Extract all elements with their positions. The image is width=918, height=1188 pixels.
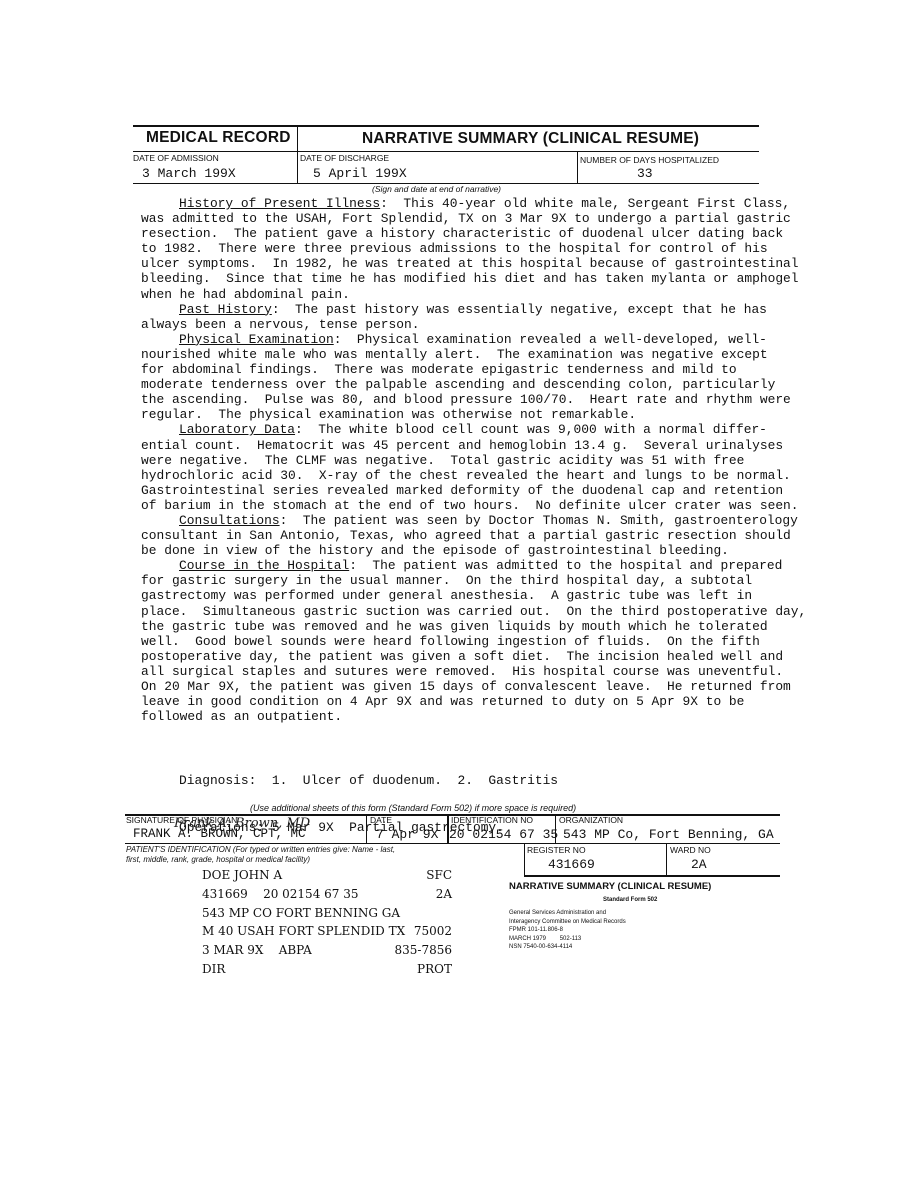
agency-line-1: General Services Administration and bbox=[509, 909, 711, 918]
narrative-text: Gastrointestinal series revealed marked … bbox=[141, 483, 783, 498]
narrative-text: : The past history was essentially negat… bbox=[272, 302, 767, 317]
narrative-line: be done in view of the history and the e… bbox=[141, 543, 801, 558]
narrative-text: resection. The patient gave a history ch… bbox=[141, 226, 783, 241]
patient-id-right: 835-7856 bbox=[395, 941, 453, 960]
narrative-text: : Physical examination revealed a well-d… bbox=[334, 332, 767, 347]
form-title: NARRATIVE SUMMARY (CLINICAL RESUME) bbox=[362, 130, 699, 148]
patient-id-left: M 40 USAH FORT SPLENDID TX bbox=[202, 922, 405, 941]
section-heading: Physical Examination bbox=[179, 332, 334, 347]
narrative-text: ential count. Hematocrit was 45 percent … bbox=[141, 438, 783, 453]
form-id-title: NARRATIVE SUMMARY (CLINICAL RESUME) bbox=[509, 881, 711, 892]
header-divider bbox=[297, 126, 298, 184]
patient-id-right: 2A bbox=[436, 885, 452, 904]
patient-id-left: 3 MAR 9X ABPA bbox=[202, 941, 312, 960]
narrative-line: regular. The physical examination was ot… bbox=[141, 407, 801, 422]
patient-id-row: M 40 USAH FORT SPLENDID TX75002 bbox=[202, 922, 452, 941]
narrative-line: gastrectomy was performed under general … bbox=[141, 588, 801, 603]
narrative-line: was admitted to the USAH, Fort Splendid,… bbox=[141, 211, 801, 226]
narrative-line: for abdominal findings. There was modera… bbox=[141, 362, 801, 377]
register-number: 431669 bbox=[548, 857, 595, 872]
narrative-text: hydrochloric acid 30. X-ray of the chest… bbox=[141, 468, 791, 483]
section-heading: Laboratory Data bbox=[179, 422, 295, 437]
narrative-text: be done in view of the history and the e… bbox=[141, 543, 729, 558]
agency-line-2: Interagency Committee on Medical Records bbox=[509, 918, 711, 927]
narrative-text: was admitted to the USAH, Fort Splendid,… bbox=[141, 211, 791, 226]
narrative-text: gastrectomy was performed under general … bbox=[141, 588, 752, 603]
revision-line: MARCH 1979 502-113 bbox=[509, 935, 711, 944]
narrative-text: always been a nervous, tense person. bbox=[141, 317, 419, 332]
patient-id-left: DOE JOHN A bbox=[202, 866, 282, 885]
additional-sheets-note: (Use additional sheets of this form (Sta… bbox=[250, 803, 576, 813]
narrative-text: to 1982. There were three previous admis… bbox=[141, 241, 768, 256]
admission-date: 3 March 199X bbox=[142, 166, 236, 181]
patient-id-left: 543 MP CO FORT BENNING GA bbox=[202, 904, 400, 923]
narrative-line: all surgical staples and sutures were re… bbox=[141, 664, 801, 679]
narrative-line: were negative. The CLMF was negative. To… bbox=[141, 453, 801, 468]
identification-label: IDENTIFICATION NO bbox=[451, 815, 533, 825]
days-hospitalized-value: 33 bbox=[637, 166, 653, 181]
revision-date: MARCH 1979 bbox=[509, 936, 546, 942]
patient-id-label-1: PATIENT'S IDENTIFICATION (For typed or w… bbox=[126, 845, 395, 854]
narrative-text: all surgical staples and sutures were re… bbox=[141, 664, 783, 679]
narrative-text: well. Good bowel sounds were heard follo… bbox=[141, 634, 760, 649]
section-start-line: History of Present Illness: This 40-year… bbox=[141, 196, 801, 211]
narrative-line: resection. The patient gave a history ch… bbox=[141, 226, 801, 241]
section-start-line: Past History: The past history was essen… bbox=[141, 302, 801, 317]
narrative-text: for abdominal findings. There was modera… bbox=[141, 362, 737, 377]
narrative-line: for gastric surgery in the usual manner.… bbox=[141, 573, 801, 588]
header-top-rule bbox=[133, 125, 759, 127]
narrative-text: for gastric surgery in the usual manner.… bbox=[141, 573, 752, 588]
register-label: REGISTER NO bbox=[527, 845, 586, 855]
narrative-body: History of Present Illness: This 40-year… bbox=[141, 196, 801, 724]
discharge-date: 5 April 199X bbox=[313, 166, 407, 181]
narrative-line: postoperative day, the patient was given… bbox=[141, 649, 801, 664]
section-start-line: Consultations: The patient was seen by D… bbox=[141, 513, 801, 528]
narrative-text: followed as an outpatient. bbox=[141, 709, 342, 724]
section-heading: Course in the Hospital bbox=[179, 558, 349, 573]
patient-id-right: SFC bbox=[426, 866, 452, 885]
narrative-text: On 20 Mar 9X, the patient was given 15 d… bbox=[141, 679, 791, 694]
diagnosis-line: Diagnosis: 1. Ulcer of duodenum. 2. Gast… bbox=[179, 773, 558, 789]
form-identification: NARRATIVE SUMMARY (CLINICAL RESUME) Stan… bbox=[509, 881, 711, 952]
discharge-label: DATE OF DISCHARGE bbox=[300, 153, 389, 163]
patient-id-right: 75002 bbox=[414, 922, 452, 941]
section-heading: Consultations bbox=[179, 513, 280, 528]
narrative-line: place. Simultaneous gastric suction was … bbox=[141, 604, 801, 619]
patient-id-row: 543 MP CO FORT BENNING GA bbox=[202, 904, 452, 923]
narrative-line: the gastric tube was removed and he was … bbox=[141, 619, 801, 634]
narrative-text: : The white blood cell count was 9,000 w… bbox=[295, 422, 767, 437]
narrative-line: moderate tenderness over the palpable as… bbox=[141, 377, 801, 392]
narrative-line: well. Good bowel sounds were heard follo… bbox=[141, 634, 801, 649]
patient-id-row: 431669 20 02154 67 352A bbox=[202, 885, 452, 904]
org-divider bbox=[555, 815, 556, 843]
ward-label: WARD NO bbox=[670, 845, 711, 855]
narrative-line: of barium in the stomach at the end of t… bbox=[141, 498, 801, 513]
narrative-text: moderate tenderness over the palpable as… bbox=[141, 377, 775, 392]
narrative-text: ulcer symptoms. In 1982, he was treated … bbox=[141, 256, 799, 271]
patient-identification: DOE JOHN ASFC431669 20 02154 67 352A543 … bbox=[202, 866, 452, 979]
signature-date: 7 Apr 9X bbox=[376, 827, 438, 842]
narrative-text: regular. The physical examination was ot… bbox=[141, 407, 636, 422]
narrative-text: nourished white male who was mentally al… bbox=[141, 347, 768, 362]
narrative-text: were negative. The CLMF was negative. To… bbox=[141, 453, 744, 468]
patient-id-left: DIR bbox=[202, 960, 225, 979]
narrative-line: followed as an outpatient. bbox=[141, 709, 801, 724]
narrative-text: : The patient was seen by Doctor Thomas … bbox=[280, 513, 798, 528]
narrative-text: when he had abdominal pain. bbox=[141, 287, 350, 302]
narrative-line: leave in good condition on 4 Apr 9X and … bbox=[141, 694, 801, 709]
narrative-line: to 1982. There were three previous admis… bbox=[141, 241, 801, 256]
patient-id-row: DOE JOHN ASFC bbox=[202, 866, 452, 885]
section-heading: History of Present Illness bbox=[179, 196, 380, 211]
standard-form-number: Standard Form 502 bbox=[603, 897, 711, 903]
section-start-line: Physical Examination: Physical examinati… bbox=[141, 332, 801, 347]
narrative-text: of barium in the stomach at the end of t… bbox=[141, 498, 799, 513]
narrative-line: Gastrointestinal series revealed marked … bbox=[141, 483, 801, 498]
narrative-line: ential count. Hematocrit was 45 percent … bbox=[141, 438, 801, 453]
footer-mid-rule bbox=[125, 843, 780, 844]
ward-number: 2A bbox=[691, 857, 707, 872]
physician-name: FRANK A. BROWN, CPT, MC bbox=[133, 827, 306, 841]
narrative-text: the gastric tube was removed and he was … bbox=[141, 619, 768, 634]
narrative-text: leave in good condition on 4 Apr 9X and … bbox=[141, 694, 744, 709]
patient-id-row: 3 MAR 9X ABPA835-7856 bbox=[202, 941, 452, 960]
narrative-line: always been a nervous, tense person. bbox=[141, 317, 801, 332]
narrative-text: postoperative day, the patient was given… bbox=[141, 649, 783, 664]
patient-id-left: 431669 20 02154 67 35 bbox=[202, 885, 359, 904]
form-name: MEDICAL RECORD bbox=[146, 129, 291, 147]
narrative-text: place. Simultaneous gastric suction was … bbox=[141, 604, 806, 619]
nsn-code: NSN 7540-00-634-4114 bbox=[509, 943, 711, 952]
fpmr-code: FPMR 101-11.806-8 bbox=[509, 926, 711, 935]
section-heading: Past History bbox=[179, 302, 272, 317]
narrative-line: bleeding. Since that time he has modifie… bbox=[141, 271, 801, 286]
narrative-line: On 20 Mar 9X, the patient was given 15 d… bbox=[141, 679, 801, 694]
narrative-text: : The patient was admitted to the hospit… bbox=[349, 558, 782, 573]
days-hospitalized-label: NUMBER OF DAYS HOSPITALIZED bbox=[580, 155, 719, 165]
narrative-line: ulcer symptoms. In 1982, he was treated … bbox=[141, 256, 801, 271]
sign-note: (Sign and date at end of narrative) bbox=[372, 184, 501, 194]
narrative-line: consultant in San Antonio, Texas, who ag… bbox=[141, 528, 801, 543]
patient-id-label-2: first, middle, rank, grade, hospital or … bbox=[126, 855, 310, 864]
narrative-text: bleeding. Since that time he has modifie… bbox=[141, 271, 799, 286]
days-divider bbox=[577, 152, 578, 184]
register-bottom-rule bbox=[524, 875, 780, 877]
narrative-line: hydrochloric acid 30. X-ray of the chest… bbox=[141, 468, 801, 483]
organization-value: 543 MP Co, Fort Benning, GA bbox=[563, 827, 774, 842]
patient-id-right: PROT bbox=[417, 960, 452, 979]
ward-divider bbox=[666, 844, 667, 876]
stock-code: 502-113 bbox=[560, 936, 582, 942]
section-start-line: Course in the Hospital: The patient was … bbox=[141, 558, 801, 573]
patient-id-row: DIRPROT bbox=[202, 960, 452, 979]
section-start-line: Laboratory Data: The white blood cell co… bbox=[141, 422, 801, 437]
register-left-border bbox=[524, 844, 525, 876]
narrative-text: the ascending. Pulse was 80, and blood p… bbox=[141, 392, 791, 407]
narrative-text: consultant in San Antonio, Texas, who ag… bbox=[141, 528, 791, 543]
date-label: DATE bbox=[370, 815, 392, 825]
narrative-text: : This 40-year old white male, Sergeant … bbox=[380, 196, 790, 211]
date-divider bbox=[366, 815, 367, 843]
narrative-line: the ascending. Pulse was 80, and blood p… bbox=[141, 392, 801, 407]
identification-number: 20 02154 67 35 bbox=[449, 827, 558, 842]
organization-label: ORGANIZATION bbox=[559, 815, 623, 825]
narrative-line: nourished white male who was mentally al… bbox=[141, 347, 801, 362]
narrative-line: when he had abdominal pain. bbox=[141, 287, 801, 302]
header-mid-rule bbox=[133, 151, 759, 152]
admission-label: DATE OF ADMISSION bbox=[133, 153, 219, 163]
